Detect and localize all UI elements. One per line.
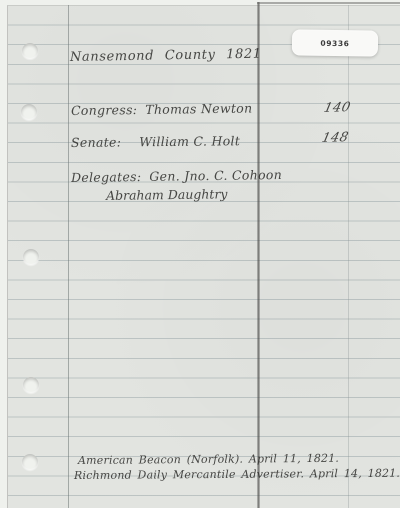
source-citation: Richmond Daily Mercantile Advertiser. Ap… bbox=[74, 467, 400, 482]
catalog-sticker: 09336 bbox=[292, 29, 378, 56]
page-crease-line bbox=[257, 2, 260, 508]
source-citation: American Beacon (Norfolk). April 11, 182… bbox=[78, 452, 339, 467]
office-label: Senate: bbox=[71, 134, 121, 150]
entry-delegates: Delegates:Gen. Jno. C. Cohoon bbox=[71, 167, 282, 185]
right-rule-line bbox=[348, 5, 349, 508]
candidate-name: William C. Holt bbox=[139, 133, 240, 149]
office-label: Congress: bbox=[71, 102, 137, 118]
catalog-number: 09336 bbox=[320, 38, 349, 47]
candidate-name-second: Abraham Daughtry bbox=[106, 186, 228, 203]
binder-hole bbox=[23, 249, 39, 265]
notebook-page bbox=[7, 5, 400, 508]
binder-hole bbox=[23, 377, 39, 393]
binder-hole bbox=[22, 454, 38, 470]
vote-count-congress: 140 bbox=[322, 100, 352, 116]
top-edge-shadow bbox=[257, 2, 400, 4]
margin-rule-line bbox=[68, 5, 69, 508]
candidate-name: Gen. Jno. C. Cohoon bbox=[149, 167, 282, 184]
office-label: Delegates: bbox=[71, 169, 142, 185]
candidate-name: Thomas Newton bbox=[145, 100, 252, 116]
entry-congress: Congress:Thomas Newton bbox=[71, 100, 253, 118]
binder-hole bbox=[22, 43, 38, 59]
binder-hole bbox=[21, 104, 37, 120]
scanned-document: 09336 Nansemond County 1821 Congress:Tho… bbox=[0, 0, 400, 508]
vote-count-senate: 148 bbox=[320, 130, 350, 146]
entry-senate: Senate:William C. Holt bbox=[71, 133, 240, 150]
